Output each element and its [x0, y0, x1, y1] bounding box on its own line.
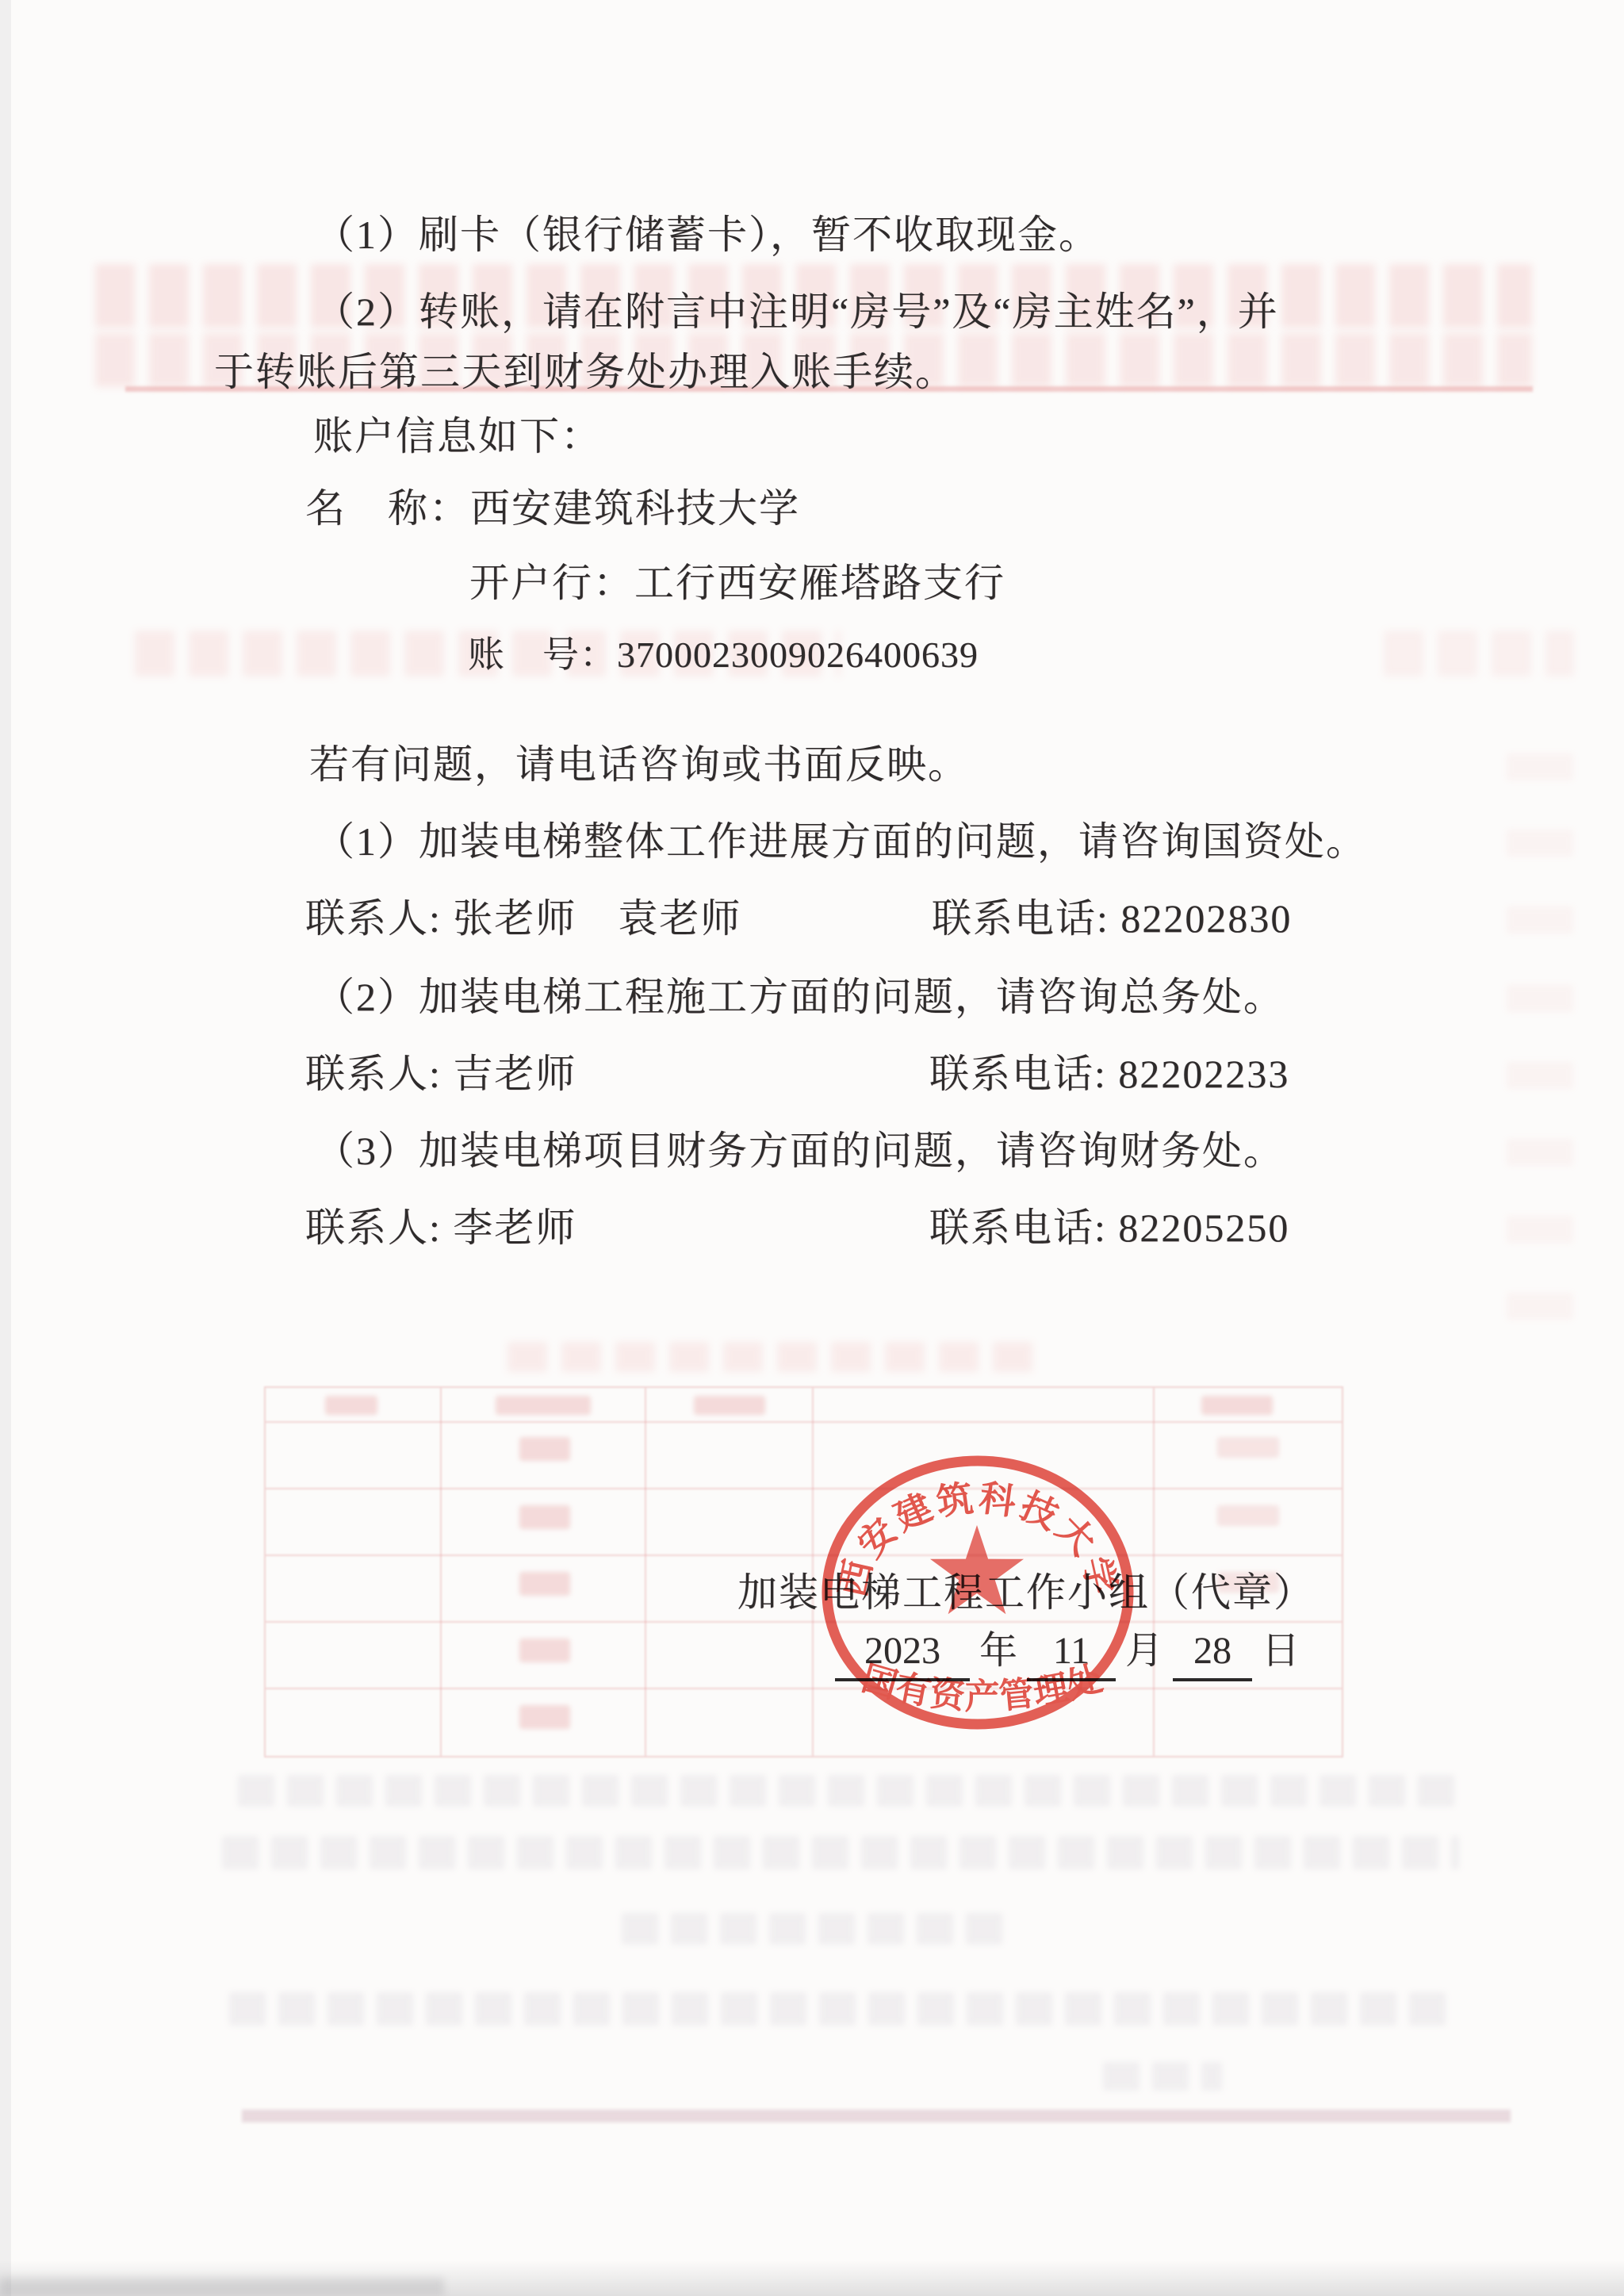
date-day-unit: 日 [1262, 1632, 1300, 1670]
bleedthrough-table-line [440, 1388, 442, 1756]
bleedthrough-table-line [266, 1421, 1342, 1423]
bleedthrough-right-edge-mark [1507, 1062, 1573, 1089]
question-item-3: （3）加装电梯项目财务方面的问题，请咨询财务处。 [315, 1131, 1285, 1171]
bleedthrough-table-mark [496, 1396, 591, 1415]
scan-edge-shadow [0, 2260, 1624, 2296]
bleedthrough-table-mark [1217, 1505, 1279, 1526]
scan-edge-shadow [0, 0, 11, 2296]
bleedthrough-bottom-line [622, 1913, 1007, 1945]
account-info-intro: 账户信息如下： [313, 416, 602, 456]
bleedthrough-table-line [266, 1488, 1342, 1489]
payment-item-2-line-2: 于转账后第三天到财务处办理入账手续。 [214, 352, 956, 392]
bleedthrough-right-edge-mark [1507, 907, 1573, 933]
bleedthrough-table-line [645, 1388, 646, 1756]
bleedthrough-right-edge-mark [1507, 1139, 1573, 1166]
question-item-1: （1）加装电梯整体工作进展方面的问题，请咨询国资处。 [315, 822, 1367, 861]
bleedthrough-table-line [266, 1688, 1342, 1689]
bleedthrough-right-edge-mark [1507, 830, 1573, 857]
bleedthrough-right-edge-mark [1507, 1293, 1573, 1320]
bleedthrough-bottom-line [1103, 2062, 1222, 2091]
contact-person-1: 联系人: 张老师 袁老师 [305, 899, 741, 938]
bleedthrough-bottom-line [229, 1992, 1451, 2026]
payment-item-2-line-1: （2）转账，请在附言中注明“房号”及“房主姓名”，并 [315, 292, 1279, 332]
questions-intro: 若有问题，请电话咨询或书面反映。 [309, 745, 969, 784]
account-bank-line: 开户行：工行西安雁塔路支行 [469, 563, 1005, 603]
bleedthrough-right-edge-mark [1507, 1216, 1573, 1243]
bleedthrough-title-band [507, 1342, 1047, 1372]
bleedthrough-table-mark [325, 1396, 377, 1415]
bleedthrough-table-mark [519, 1505, 570, 1529]
bleedthrough-bottom-line [222, 1836, 1459, 1869]
contact-phone-2: 联系电话: 82202233 [929, 1054, 1289, 1094]
contact-person-3: 联系人: 李老师 [305, 1208, 576, 1248]
scan-edge-shadow [0, 2278, 444, 2296]
payment-item-1: （1）刷卡（银行储蓄卡），暂不收取现金。 [315, 215, 1100, 255]
bleedthrough-table-mark [519, 1639, 570, 1662]
contact-person-2: 联系人: 吉老师 [305, 1054, 576, 1094]
bleedthrough-bottom-band [242, 2110, 1511, 2122]
bleedthrough-bottom-line [238, 1775, 1467, 1807]
account-name-line: 名 称：西安建筑科技大学 [305, 489, 800, 528]
bleedthrough-right-edge-mark [1507, 985, 1573, 1012]
bleedthrough-table-mark [694, 1396, 765, 1415]
question-item-2: （2）加装电梯工程施工方面的问题，请咨询总务处。 [315, 977, 1285, 1017]
bleedthrough-table-mark [519, 1705, 570, 1729]
bleedthrough-table-line [266, 1554, 1342, 1556]
bleedthrough-table-mark [1201, 1396, 1273, 1415]
bleedthrough-table-mark [1217, 1437, 1279, 1458]
bleedthrough-table-line [266, 1621, 1342, 1623]
contact-phone-1: 联系电话: 82202830 [932, 899, 1292, 938]
bleedthrough-right-edge-mark [1507, 753, 1573, 780]
account-number-line: 账 号：3700023009026400639 [468, 637, 979, 673]
bleedthrough-table-mark [519, 1437, 570, 1461]
scanned-document-page: （1）刷卡（银行储蓄卡），暂不收取现金。 （2）转账，请在附言中注明“房号”及“… [0, 0, 1624, 2296]
official-seal-stamp: 西安建筑科技大学 国有资产管理处 [821, 1453, 1135, 1735]
contact-phone-3: 联系电话: 82205250 [929, 1208, 1289, 1248]
bleedthrough-text-band [1384, 631, 1574, 677]
stamp-star-icon [930, 1525, 1024, 1614]
bleedthrough-table-mark [519, 1572, 570, 1596]
date-day: 28 [1173, 1632, 1252, 1681]
